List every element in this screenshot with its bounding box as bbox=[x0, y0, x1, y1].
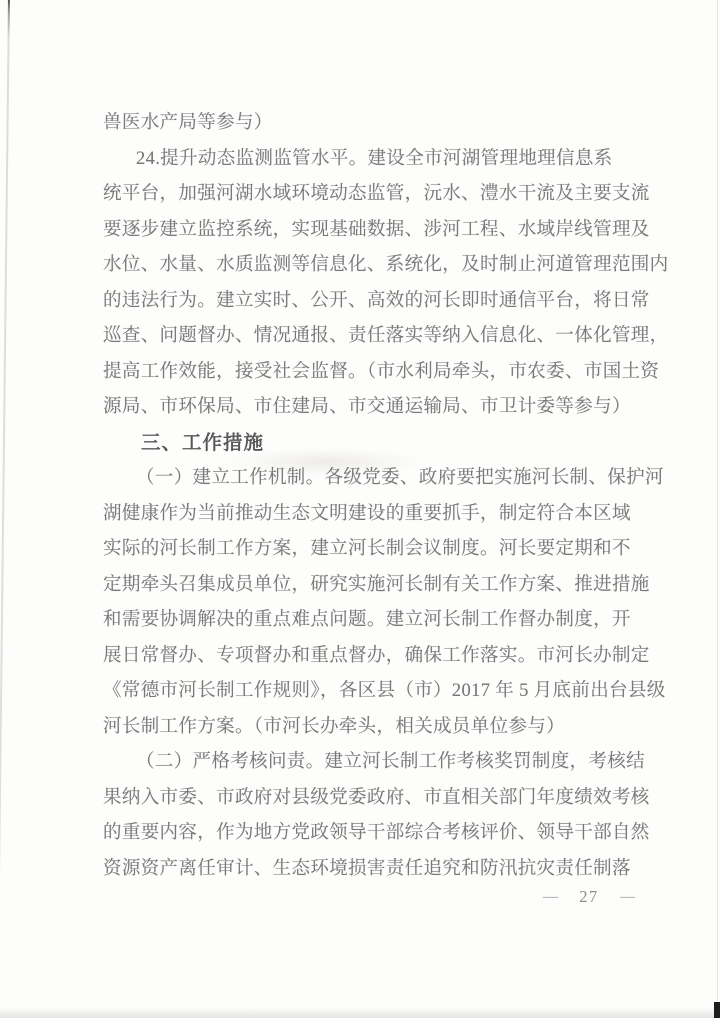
document-line: 巡查、问题督办、情况通报、责任落实等纳入信息化、一体化管理， bbox=[103, 319, 643, 355]
document-line: 实际的河长制工作方案，建立河长制会议制度。河长要定期和不 bbox=[103, 532, 643, 568]
page-number: — 27 — bbox=[543, 885, 635, 909]
document-line: （二）严格考核问责。建立河长制工作考核奖罚制度，考核结 bbox=[103, 745, 643, 781]
scanned-document-page: 兽医水产局等参与）24.提升动态监测监管水平。建设全市河湖管理地理信息系统平台，… bbox=[0, 0, 720, 1018]
document-line: 兽医水产局等参与） bbox=[103, 106, 643, 142]
document-line: 的重要内容，作为地方党政领导干部综合考核评价、领导干部自然 bbox=[103, 816, 643, 852]
document-line: 河长制工作方案。（市河长办牵头，相关成员单位参与） bbox=[103, 710, 643, 746]
page-number-value: 27 bbox=[579, 885, 599, 909]
page-number-dash-right: — bbox=[620, 885, 635, 909]
document-line: 果纳入市委、市政府对县级党委政府、市直相关部门年度绩效考核 bbox=[103, 781, 643, 817]
document-body: 兽医水产局等参与）24.提升动态监测监管水平。建设全市河湖管理地理信息系统平台，… bbox=[103, 106, 643, 887]
section-heading: 三、工作措施 bbox=[103, 426, 643, 462]
page-number-dash-left: — bbox=[543, 885, 558, 909]
document-line: 24.提升动态监测监管水平。建设全市河湖管理地理信息系 bbox=[103, 142, 643, 178]
document-line: 要逐步建立监控系统，实现基础数据、涉河工程、水域岸线管理及 bbox=[103, 213, 643, 249]
document-line: 资源资产离任审计、生态环境损害责任追究和防汛抗灾责任制落 bbox=[103, 852, 643, 888]
document-line: 统平台，加强河湖水域环境动态监管，沅水、澧水干流及主要支流 bbox=[103, 177, 643, 213]
scan-edge-line-left bbox=[0, 0, 10, 1018]
document-line: 提高工作效能，接受社会监督。（市水利局牵头，市农委、市国土资 bbox=[103, 355, 643, 391]
scan-corner-mark bbox=[714, 1002, 720, 1018]
scan-bottom-shadow bbox=[0, 1007, 720, 1018]
document-line: 水位、水量、水质监测等信息化、系统化，及时制止河道管理范围内 bbox=[103, 248, 643, 284]
document-line: 展日常督办、专项督办和重点督办，确保工作落实。市河长办制定 bbox=[103, 639, 643, 675]
document-line: （一）建立工作机制。各级党委、政府要把实施河长制、保护河 bbox=[103, 461, 643, 497]
scan-edge-line-right bbox=[717, 0, 718, 1018]
document-line: 源局、市环保局、市住建局、市交通运输局、市卫计委等参与） bbox=[103, 390, 643, 426]
document-line: 《常德市河长制工作规则》，各区县（市）2017 年 5 月底前出台县级 bbox=[103, 674, 643, 710]
document-line: 湖健康作为当前推动生态文明建设的重要抓手，制定符合本区域 bbox=[103, 497, 643, 533]
document-line: 的违法行为。建立实时、公开、高效的河长即时通信平台，将日常 bbox=[103, 284, 643, 320]
document-line: 定期牵头召集成员单位，研究实施河长制有关工作方案、推进措施 bbox=[103, 568, 643, 604]
document-line: 和需要协调解决的重点难点问题。建立河长制工作督办制度，开 bbox=[103, 603, 643, 639]
